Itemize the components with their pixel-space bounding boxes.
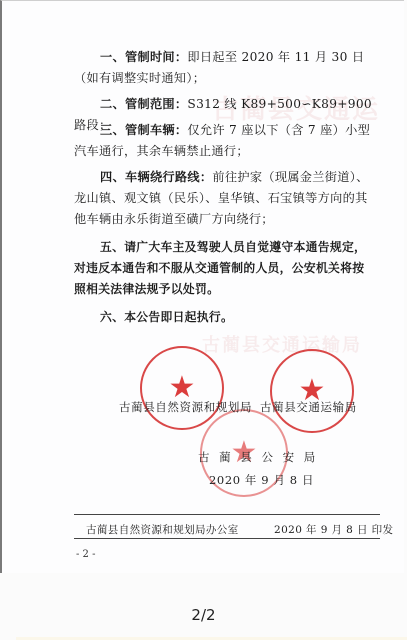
- signature-date: 2020 年 9 月 8 日: [209, 472, 314, 488]
- item-label: 一、管制时间：: [100, 50, 187, 64]
- footer-issued-date: 2020 年 9 月 8 日 印发: [274, 522, 393, 537]
- item-text: 六、本公告即日起执行。: [74, 307, 374, 328]
- item-label: 二、管制范围：: [100, 97, 187, 111]
- bleed-through-text: 古蔺县交通运输局: [202, 331, 362, 357]
- item-control-vehicles: 三、管制车辆：仅允许 7 座以下（含 7 座）小型汽车通行，其余车辆禁止通行；: [74, 120, 374, 162]
- signature-public-security: 古 蔺 县 公 安 局: [198, 449, 318, 465]
- page-number: - 2 -: [76, 549, 95, 560]
- item-effective: 六、本公告即日起执行。: [74, 307, 374, 328]
- footer-divider-top: [74, 514, 380, 515]
- signature-transportation: 古蔺县交通运输局: [260, 399, 357, 415]
- page-indicator: 2/2: [0, 606, 407, 624]
- item-text: 五、请广大车主及驾驶人员自觉遵守本通告规定，对违反本通告和不服从交通管制的人员，…: [74, 237, 374, 300]
- document-viewer: 古蔺县交通运 一、管制时间：即日起至 2020 年 11 月 30 日（如有调整…: [0, 0, 407, 640]
- footer-divider-bottom: [74, 538, 380, 539]
- stamp-transportation: ★: [270, 349, 354, 433]
- item-label: 三、管制车辆：: [100, 123, 187, 137]
- footer-office: 古蔺县自然资源和规划局办公室: [86, 522, 239, 537]
- item-detour-route: 四、车辆绕行路线：前往护家（现属金兰街道）、龙山镇、观文镇（民乐）、皇华镇、石宝…: [74, 167, 374, 230]
- document-page: 古蔺县交通运 一、管制时间：即日起至 2020 年 11 月 30 日（如有调整…: [0, 0, 404, 573]
- item-control-time: 一、管制时间：即日起至 2020 年 11 月 30 日（如有调整实时通知）；: [74, 47, 374, 89]
- item-label: 四、车辆绕行路线：: [100, 170, 212, 184]
- stamp-natural-resources: ★: [140, 346, 224, 430]
- item-penalty: 五、请广大车主及驾驶人员自觉遵守本通告规定，对违反本通告和不服从交通管制的人员，…: [74, 237, 374, 300]
- signature-natural-resources: 古蔺县自然资源和规划局: [119, 399, 252, 415]
